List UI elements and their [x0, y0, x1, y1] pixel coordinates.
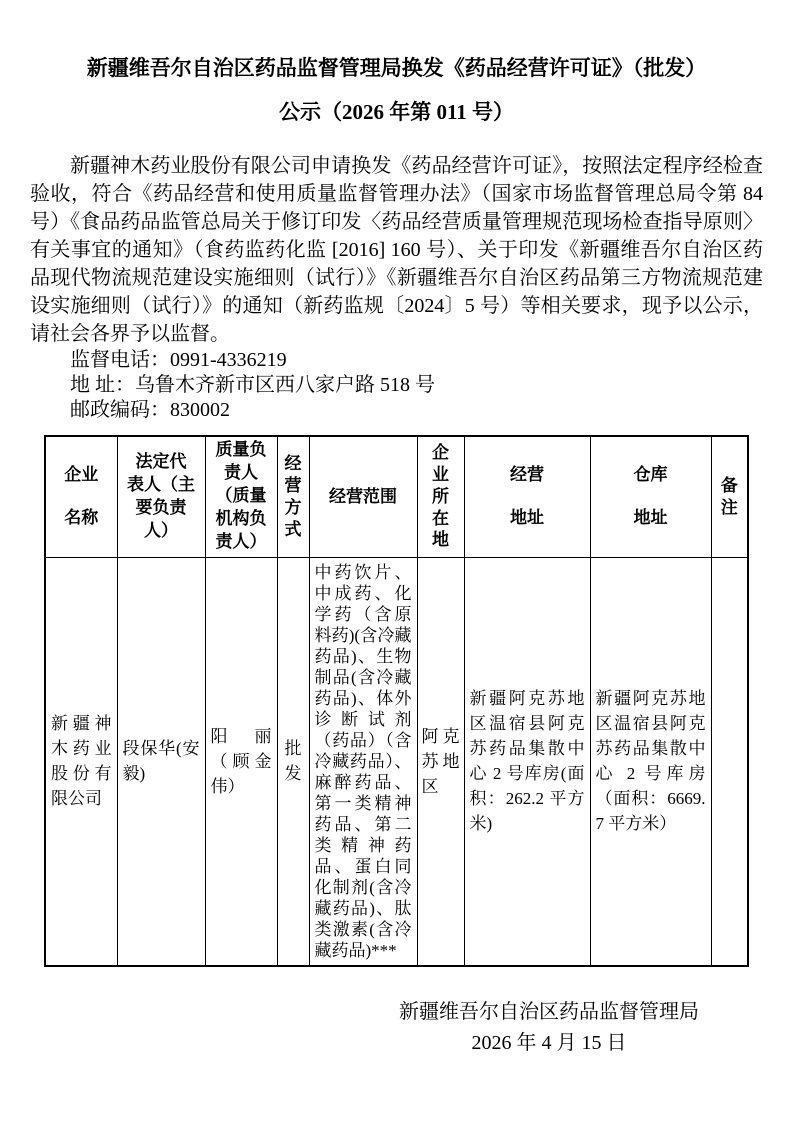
cell-business-mode: 批发 — [277, 557, 309, 966]
table-header-row: 企业 名称 法定代 表人（主 要负责 人） 质量负 责人 （质量 机构负 责人）… — [45, 436, 748, 557]
issuer-name: 新疆维吾尔自治区药品监督管理局 — [399, 997, 699, 1028]
title-line-2: 公示（2026 年第 011 号） — [279, 100, 514, 124]
col-header-legal-representative: 法定代 表人（主 要负责 人） — [117, 436, 205, 557]
supervision-phone: 监督电话：0991-4336219 — [30, 348, 763, 373]
cell-warehouse-address: 新疆阿克苏地区温宿县阿克苏药品集散中心 2 号库房（面积：6669.7 平方米） — [590, 557, 711, 966]
page-title: 新疆维吾尔自治区药品监督管理局换发《药品经营许可证》（批发） 公示（2026 年… — [30, 46, 763, 134]
col-header-company-name: 企业 名称 — [45, 436, 117, 557]
col-header-business-address: 经营 地址 — [464, 436, 590, 557]
announcement-page: 新疆维吾尔自治区药品监督管理局换发《药品经营许可证》（批发） 公示（2026 年… — [0, 0, 793, 1122]
contact-address: 地 址：乌鲁木齐新市区西八家户路 518 号 — [30, 373, 763, 398]
col-header-company-location: 企 业 所 在 地 — [417, 436, 464, 557]
cell-legal-representative: 段保华(安毅) — [117, 557, 205, 966]
col-header-remark: 备 注 — [711, 436, 748, 557]
col-header-warehouse-address: 仓库 地址 — [590, 436, 711, 557]
col-header-business-mode: 经 营 方 式 — [277, 436, 309, 557]
cell-company-location: 阿克苏地区 — [417, 557, 464, 966]
cell-company-name: 新疆神木药业股份有限公司 — [45, 557, 117, 966]
table-row: 新疆神木药业股份有限公司 段保华(安毅) 阳 丽（顾金伟） 批发 中药饮片、中成… — [45, 557, 748, 966]
cell-business-scope: 中药饮片、中成药、化学药（含原料药)(含冷藏药品)、生物制品(含冷藏药品)、体外… — [309, 557, 417, 966]
postal-code: 邮政编码：830002 — [30, 398, 763, 423]
cell-quality-manager: 阳 丽（顾金伟） — [205, 557, 277, 966]
title-line-1: 新疆维吾尔自治区药品监督管理局换发《药品经营许可证》（批发） — [87, 56, 707, 80]
cell-business-address: 新疆阿克苏地区温宿县阿克苏药品集散中心 2 号库房(面积：262.2 平方米) — [464, 557, 590, 966]
cell-remark — [711, 557, 748, 966]
issue-date: 2026 年 4 月 15 日 — [399, 1028, 699, 1059]
col-header-business-scope: 经营范围 — [309, 436, 417, 557]
col-header-quality-manager: 质量负 责人 （质量 机构负 责人） — [205, 436, 277, 557]
signature-block: 新疆维吾尔自治区药品监督管理局 2026 年 4 月 15 日 — [399, 997, 699, 1059]
announcement-paragraph: 新疆神木药业股份有限公司申请换发《药品经营许可证》，按照法定程序经检查验收，符合… — [30, 152, 763, 348]
license-table: 企业 名称 法定代 表人（主 要负责 人） 质量负 责人 （质量 机构负 责人）… — [44, 435, 749, 967]
